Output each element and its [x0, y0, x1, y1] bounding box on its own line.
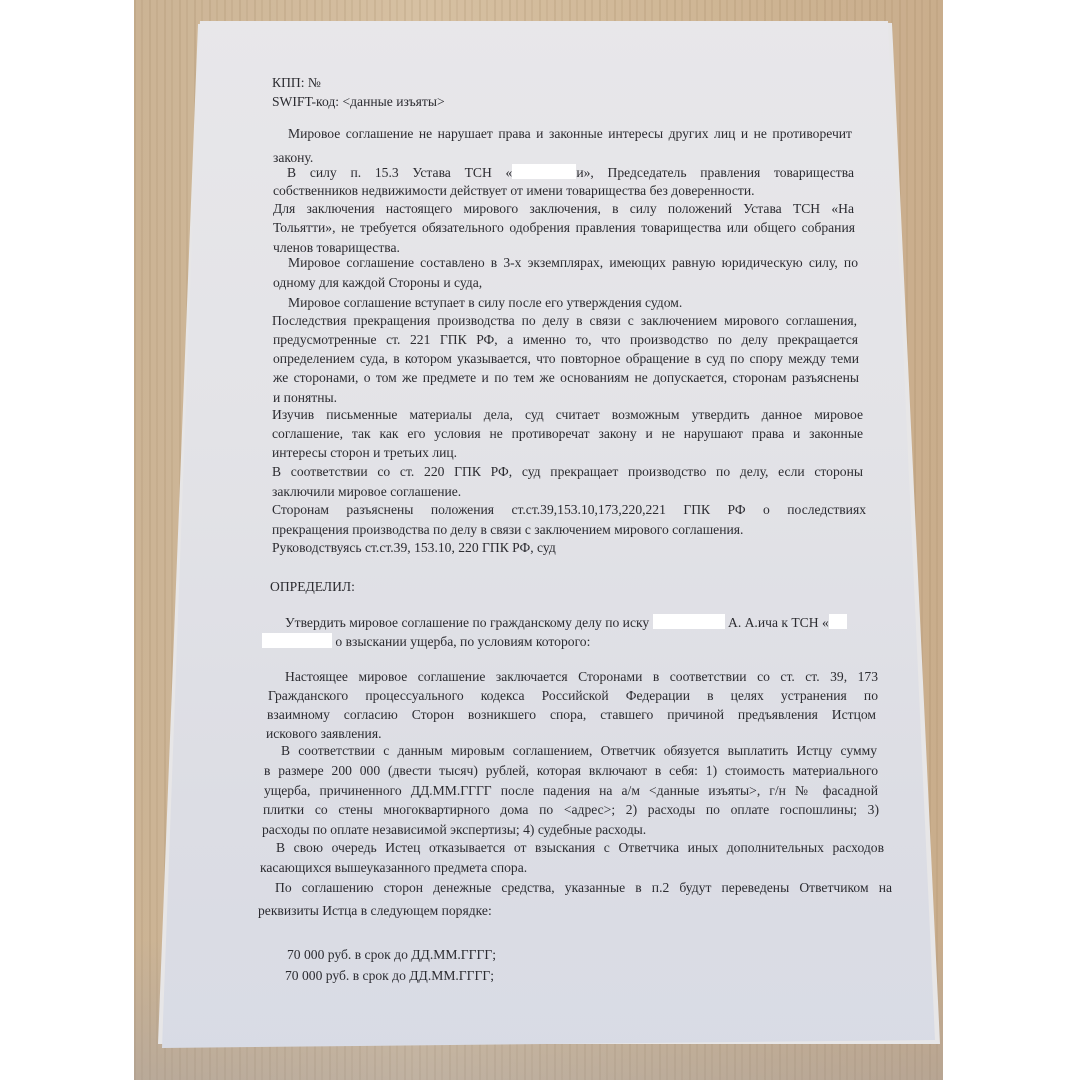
ruling-line-part: А. А.ича к ТСН « [728, 615, 829, 630]
body-line: Для заключения настоящего мирового заклю… [273, 199, 854, 218]
ruling-line: о взыскании ущерба, по условиям которого… [262, 632, 590, 651]
ruling-line: Утвердить мировое соглашение по гражданс… [285, 613, 847, 632]
redaction-box [653, 614, 725, 629]
body-line: Мировое соглашение вступает в силу после… [288, 293, 682, 312]
redaction-box [829, 614, 847, 629]
body-line: заключили мировое соглашение. [272, 482, 461, 501]
ruling-line-part: Утвердить мировое соглашение по гражданс… [285, 615, 649, 630]
body-line: В соответствии со ст. 220 ГПК РФ, суд пр… [272, 462, 863, 481]
body-line: соглашение, так как его условия не проти… [272, 424, 863, 443]
payment-line: 70 000 руб. в срок до ДД.ММ.ГГГГ; [285, 966, 494, 985]
body-line: Мировое соглашение не нарушает права и з… [288, 124, 852, 143]
terms-line: касающихся вышеуказанного предмета спора… [260, 858, 527, 877]
ruling-line-part: о взыскании ущерба, по условиям которого… [335, 634, 590, 649]
body-line: Изучив письменные материалы дела, суд сч… [272, 405, 863, 424]
body-line: Последствия прекращения производства по … [272, 311, 857, 330]
terms-line: ущерба, причиненного ДД.ММ.ГГГГ после па… [264, 781, 878, 800]
terms-line: Гражданского процессуального кодекса Рос… [268, 686, 878, 705]
body-line-with-redaction: В силу п. 15.3 Устава ТСН «и», Председат… [287, 163, 854, 182]
body-line: одному для каждой Стороны и суда, [273, 273, 482, 292]
body-line: предусмотренные ст. 221 ГПК РФ, а именно… [273, 330, 858, 349]
terms-line: реквизиты Истца в следующем порядке: [258, 901, 492, 920]
body-line: собственников недвижимости действует от … [273, 181, 755, 200]
body-line: прекращения производства по делу в связи… [272, 520, 743, 539]
swift-line: SWIFT-код: <данные изъяты> [272, 92, 445, 111]
kpp-line: КПП: № [272, 73, 321, 92]
terms-line: расходы по оплате независимой экспертизы… [262, 820, 646, 839]
redaction-box [262, 633, 332, 648]
body-line: определением суда, в котором указывается… [273, 349, 859, 368]
terms-line: в размере 200 000 (двести тысяч) рублей,… [264, 761, 878, 780]
body-line: интересы сторон и третьих лиц. [272, 443, 457, 462]
terms-line: Настоящее мировое соглашение заключается… [285, 667, 878, 686]
terms-line: В соответствии с данным мировым соглашен… [281, 741, 877, 760]
terms-line: плитки со стены многоквартирного дома по… [263, 800, 879, 819]
terms-line: В свою очередь Истец отказывается от взы… [276, 838, 884, 857]
body-line: же сторонами, о том же предмете и по тем… [273, 368, 859, 387]
redaction-box [512, 164, 576, 179]
terms-line: взаимному согласию Сторон возникшего спо… [267, 705, 876, 724]
document-text: КПП: № SWIFT-код: <данные изъяты> Мирово… [0, 0, 1080, 1080]
body-line: Тольятти», не требуется обязательного од… [273, 218, 855, 237]
payment-line: 70 000 руб. в срок до ДД.ММ.ГГГГ; [287, 945, 496, 964]
body-line: Мировое соглашение составлено в 3-х экзе… [288, 253, 858, 272]
body-line-part: и», Председатель правления товарищества [576, 165, 854, 180]
body-line: Сторонам разъяснены положения ст.ст.39,1… [272, 500, 866, 519]
terms-line: По соглашению сторон денежные средства, … [275, 878, 892, 897]
body-line: Руководствуясь ст.ст.39, 153.10, 220 ГПК… [272, 538, 556, 557]
ruling-heading: ОПРЕДЕЛИЛ: [270, 577, 355, 596]
body-line-part: В силу п. 15.3 Устава ТСН « [287, 165, 512, 180]
